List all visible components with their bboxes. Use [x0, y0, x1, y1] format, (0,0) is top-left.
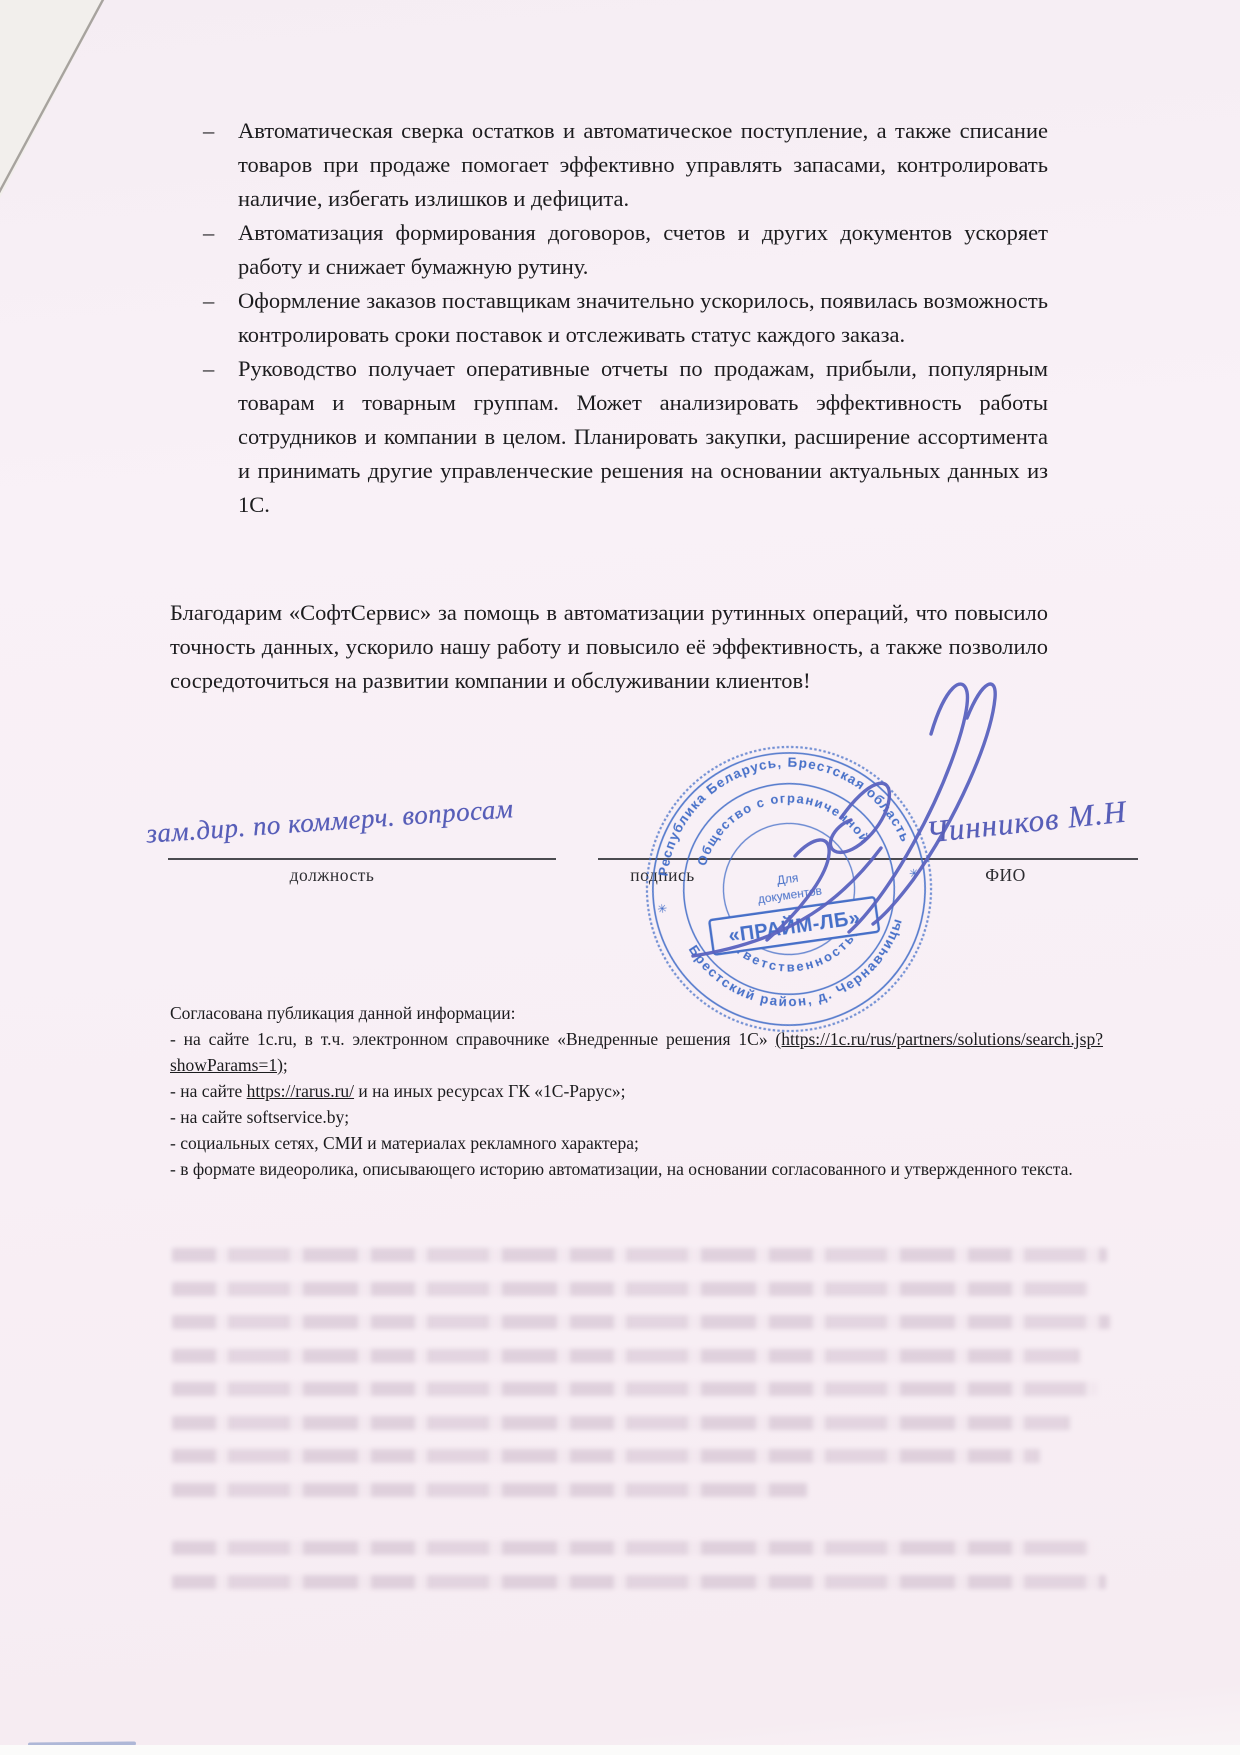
bullet-list: – Автоматическая сверка остатков и автом… [170, 114, 1048, 522]
item-text: - на сайте softservice.by; [170, 1107, 349, 1127]
publication-item: - социальных сетях, СМИ и материалах рек… [170, 1130, 1103, 1156]
page-bottom-edge [0, 1745, 1240, 1755]
signature-stroke [830, 783, 889, 852]
handwritten-position: зам.дир. по коммерч. вопросам [145, 793, 514, 850]
position-label: должность [142, 865, 522, 886]
signature-stroke [693, 848, 881, 956]
bleed-through-line [172, 1282, 1090, 1296]
publication-intro: Согласована публикация данной информации… [170, 1000, 1103, 1026]
publication-item: - на сайте softservice.by; [170, 1104, 1103, 1130]
bleed-through-line [172, 1449, 1040, 1463]
signature-stroke [767, 840, 829, 940]
bullet-marker: – [203, 114, 214, 148]
list-item: – Автоматизация формирования договоров, … [170, 216, 1048, 284]
bullet-text: Автоматическая сверка остатков и автомат… [238, 118, 1048, 211]
list-item: – Автоматическая сверка остатков и автом… [170, 114, 1048, 216]
bleed-through-line [172, 1416, 1070, 1430]
bleed-through-line [172, 1315, 1110, 1329]
publication-item: - на сайте https://rarus.ru/ и на иных р… [170, 1078, 1103, 1104]
bleed-through-line [172, 1349, 1080, 1363]
item-text: - социальных сетях, СМИ и материалах рек… [170, 1133, 639, 1153]
bleed-through-line [172, 1483, 807, 1497]
bleed-through-line [172, 1248, 1107, 1262]
signature-stroke [849, 684, 967, 932]
bleed-through-paragraph [172, 1248, 1112, 1516]
bullet-text: Руководство получает оперативные отчеты … [238, 356, 1048, 517]
fold-line [0, 0, 105, 200]
list-item: – Руководство получает оперативные отчет… [170, 352, 1048, 522]
bullet-marker: – [203, 216, 214, 250]
item-text: - в формате видеоролика, описывающего ис… [170, 1159, 1073, 1179]
publication-item: - на сайте 1c.ru, в т.ч. электронном спр… [170, 1026, 1103, 1078]
item-text: - на сайте [170, 1081, 247, 1101]
url-text: https://rarus.ru/ [247, 1081, 354, 1101]
publication-item: - в формате видеоролика, описывающего ис… [170, 1156, 1103, 1182]
bleed-through-line [172, 1541, 1090, 1555]
bullet-text: Оформление заказов поставщикам значитель… [238, 288, 1048, 347]
publication-block: Согласована публикация данной информации… [170, 1000, 1103, 1182]
item-text: ; [283, 1055, 288, 1075]
position-signature-line [168, 858, 556, 860]
item-text: и на иных ресурсах ГК «1С-Рарус»; [354, 1081, 625, 1101]
bleed-through-line [172, 1382, 1098, 1396]
list-item: – Оформление заказов поставщикам значите… [170, 284, 1048, 352]
bullet-marker: – [203, 352, 214, 386]
bleed-through-paragraph [172, 1541, 1112, 1608]
bullet-marker: – [203, 284, 214, 318]
bleed-through-line [172, 1575, 1106, 1589]
scanned-letter-page: – Автоматическая сверка остатков и автом… [0, 0, 1240, 1755]
bullet-text: Автоматизация формирования договоров, сч… [238, 220, 1048, 279]
corner-triangle [0, 0, 104, 198]
